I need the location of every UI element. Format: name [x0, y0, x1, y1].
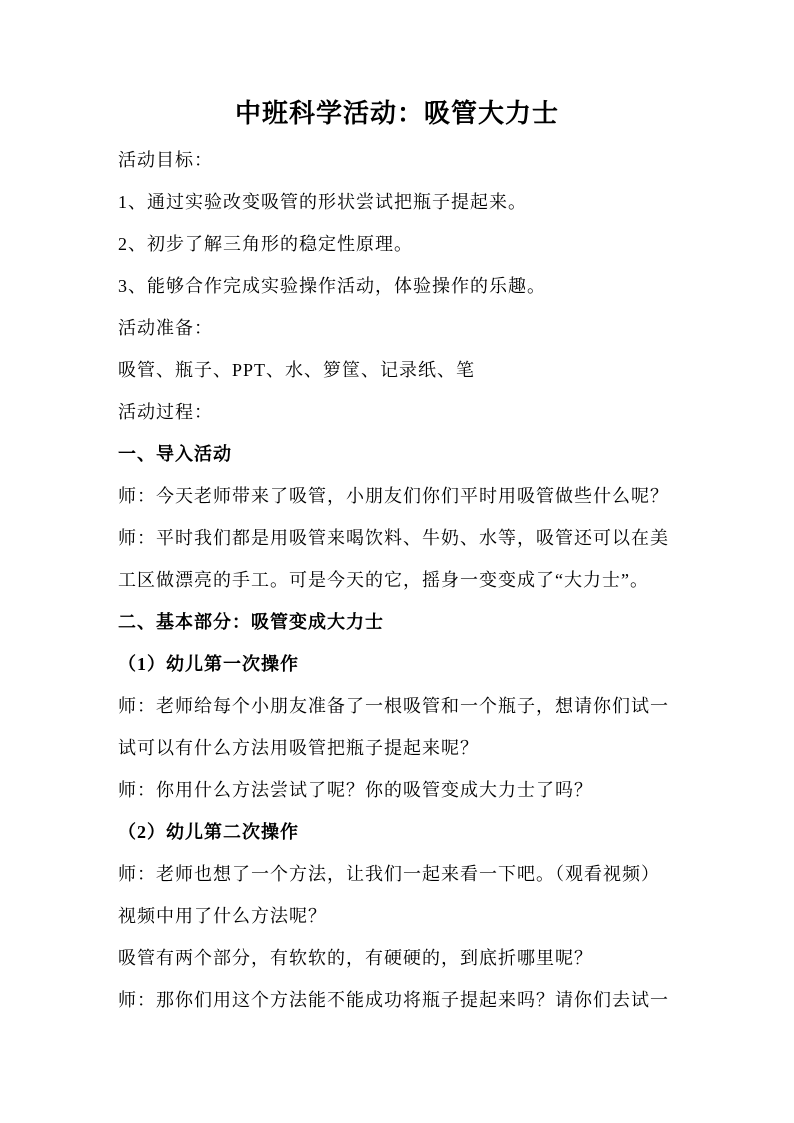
paragraph: 吸管有两个部分，有软软的，有硬硬的，到底折哪里呢？ [118, 937, 677, 979]
paragraph: 3、能够合作完成实验操作活动，体验操作的乐趣。 [118, 265, 677, 307]
document-page: 中班科学活动：吸管大力士 活动目标：1、通过实验改变吸管的形状尝试把瓶子提起来。… [0, 0, 794, 1123]
paragraph: 2、初步了解三角形的稳定性原理。 [118, 223, 677, 265]
section-heading: 二、基本部分：吸管变成大力士 [118, 601, 677, 643]
paragraph: 活动准备： [118, 307, 677, 349]
section-heading: 一、导入活动 [118, 433, 677, 475]
paragraph: 视频中用了什么方法呢？ [118, 895, 677, 937]
paragraph: 师：那你们用这个方法能不能成功将瓶子提起来吗？请你们去试一 [118, 979, 677, 1021]
paragraph: 师：老师给每个小朋友准备了一根吸管和一个瓶子，想请你们试一试可以有什么方法用吸管… [118, 685, 677, 769]
paragraph: 1、通过实验改变吸管的形状尝试把瓶子提起来。 [118, 181, 677, 223]
paragraph: 师：老师也想了一个方法，让我们一起来看一下吧。（观看视频） [118, 853, 677, 895]
paragraph: 师：今天老师带来了吸管，小朋友们你们平时用吸管做些什么呢？ [118, 475, 677, 517]
page-title: 中班科学活动：吸管大力士 [118, 100, 676, 127]
paragraph: 活动目标： [118, 139, 677, 181]
paragraph: 师：平时我们都是用吸管来喝饮料、牛奶、水等，吸管还可以在美工区做漂亮的手工。可是… [118, 517, 677, 601]
section-heading: （2）幼儿第二次操作 [118, 811, 677, 853]
section-heading: （1）幼儿第一次操作 [118, 643, 677, 685]
paragraph: 师：你用什么方法尝试了呢？你的吸管变成大力士了吗？ [118, 769, 677, 811]
paragraph: 活动过程： [118, 391, 677, 433]
paragraph: 吸管、瓶子、PPT、水、箩筐、记录纸、笔 [118, 349, 677, 391]
document-body: 活动目标：1、通过实验改变吸管的形状尝试把瓶子提起来。2、初步了解三角形的稳定性… [118, 139, 677, 1021]
